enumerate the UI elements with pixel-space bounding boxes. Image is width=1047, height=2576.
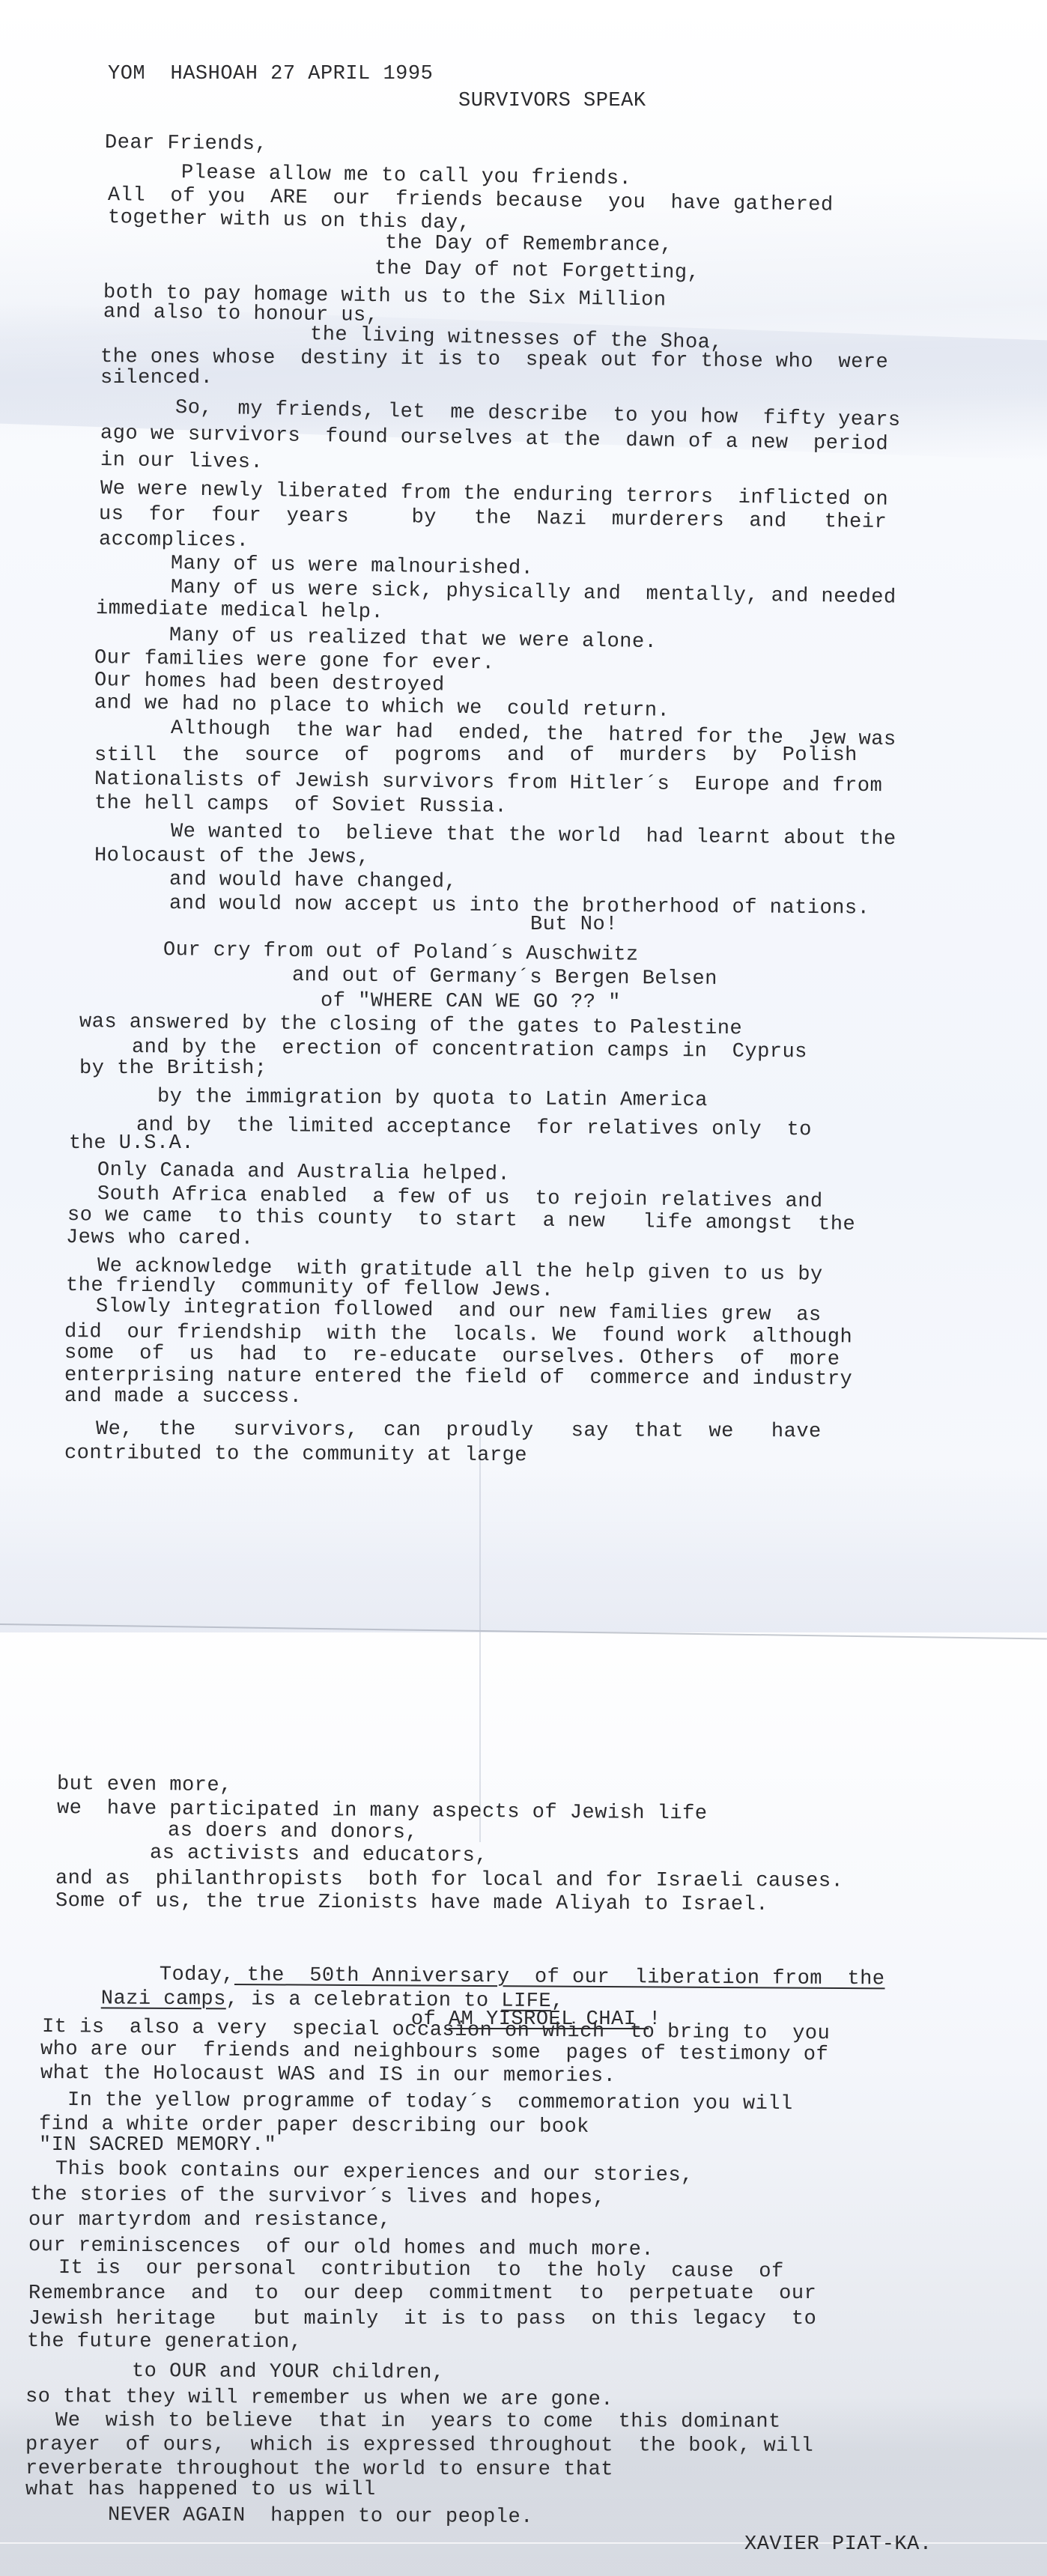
fold-crease xyxy=(479,1423,481,1842)
text-line: immediate medical help. xyxy=(96,598,384,624)
text-line: and would have changed, xyxy=(169,869,457,893)
text-line: silenced. xyxy=(100,367,213,389)
text-line: Only Canada and Australia helped. xyxy=(97,1159,510,1186)
signature: XAVIER PIAT-KA. xyxy=(744,2533,932,2556)
text-line: contributed to the community at large xyxy=(64,1442,527,1467)
nazi-camps-underlined: Nazi camps xyxy=(101,1987,226,2011)
text-line: what the Holocaust WAS and IS in our mem… xyxy=(40,2062,616,2088)
document-title: SURVIVORS SPEAK xyxy=(458,90,646,112)
text-line: Some of us, the true Zionists have made … xyxy=(55,1890,768,1916)
salutation: Dear Friends, xyxy=(105,132,267,156)
text-line: by the British; xyxy=(79,1057,267,1080)
text-line: the stories of the survivor´s lives and … xyxy=(30,2184,606,2210)
text-line: by the immigration by quota to Latin Ame… xyxy=(157,1086,708,1112)
text-line: of "WHERE CAN WE GO ?? " xyxy=(321,990,621,1014)
text-line: We wish to believe that in years to come… xyxy=(55,2410,781,2434)
text-line: as activists and educators, xyxy=(150,1842,488,1868)
text-line: and as philanthropists both for local an… xyxy=(55,1868,843,1893)
text-line: and made a success. xyxy=(64,1385,302,1409)
text-line: Jews who cared. xyxy=(66,1227,254,1251)
text-line: to OUR and YOUR children, xyxy=(132,2360,445,2384)
fold-shadow xyxy=(0,1468,1047,1632)
text-line: accomplices. xyxy=(99,529,249,553)
text-line: and by the limited acceptance for relati… xyxy=(136,1114,812,1141)
text-line: in our lives. xyxy=(100,449,264,474)
text-line: so that they will remember us when we ar… xyxy=(25,2386,613,2411)
text-line: still the source of pogroms and of murde… xyxy=(94,744,858,767)
text-line: But No! xyxy=(530,914,618,936)
text-line: the Day of not Forgetting, xyxy=(374,258,700,285)
text-line: reverberate throughout the world to ensu… xyxy=(25,2458,613,2481)
text-line: what has happened to us will xyxy=(25,2479,376,2501)
text-line: In the yellow programme of today´s comme… xyxy=(67,2089,793,2115)
text-line: but even more, xyxy=(57,1773,232,1797)
text-line: Holocaust of the Jews, xyxy=(94,845,370,869)
text-line: We, the survivors, can proudly say that … xyxy=(96,1418,822,1443)
text-line: the future generation, xyxy=(27,2330,303,2354)
text-line: NEVER AGAIN happen to our people. xyxy=(108,2504,533,2529)
text-line: and out of Germany´s Bergen Belsen xyxy=(292,965,717,991)
text-line: "IN SACRED MEMORY." xyxy=(39,2134,276,2157)
text-line: prayer of ours, which is expressed throu… xyxy=(25,2434,813,2458)
text-line: the Day of Remembrance, xyxy=(385,232,673,257)
text-line: our martyrdom and resistance, xyxy=(28,2209,391,2232)
text-line: as doers and donors, xyxy=(168,1820,418,1844)
text-line: the U.S.A. xyxy=(69,1132,194,1155)
text-line: the hell camps of Soviet Russia. xyxy=(94,792,507,818)
text-line: It is our personal contribution to the h… xyxy=(58,2257,784,2283)
text-line: Remembrance and to our deep commitment t… xyxy=(28,2282,816,2305)
date-line: YOM HASHOAH 27 APRIL 1995 xyxy=(108,63,433,85)
text-line: Jewish heritage but mainly it is to pass… xyxy=(28,2308,816,2330)
